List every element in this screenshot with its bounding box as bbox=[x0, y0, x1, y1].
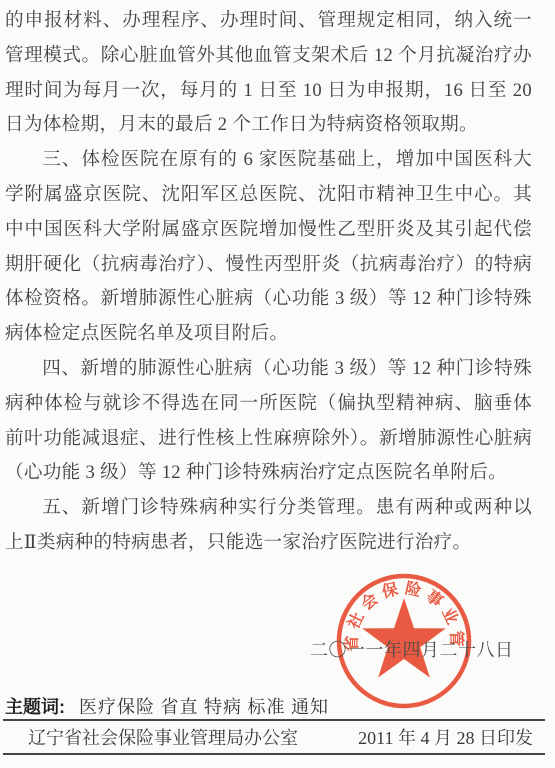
subject-keywords: 医疗保险 省直 特病 标准 通知 bbox=[79, 693, 329, 719]
issuer-row: 辽宁省社会保险事业管理局办公室 2011 年 4 月 28 日印发 bbox=[3, 721, 545, 755]
document-body: 的申报材料、办理程序、办理时间、管理规定相同，纳入统一管理模式。除心脏血管外其他… bbox=[5, 4, 532, 561]
paragraph-item-3: 三、体检医院在原有的 6 家医院基础上，增加中国医科大学附属盛京医院、沈阳军区总… bbox=[5, 143, 532, 352]
paragraph-continuation: 的申报材料、办理程序、办理时间、管理规定相同，纳入统一管理模式。除心脏血管外其他… bbox=[5, 4, 532, 143]
subject-label: 主题词: bbox=[5, 693, 65, 719]
issue-date: 二〇一一年四月二十八日 bbox=[310, 636, 514, 662]
document-page: 的申报材料、办理程序、办理时间、管理规定相同，纳入统一管理模式。除心脏血管外其他… bbox=[0, 0, 555, 768]
issuer-office: 辽宁省社会保险事业管理局办公室 bbox=[28, 724, 298, 750]
paragraph-item-5: 五、新增门诊特殊病种实行分类管理。患有两种或两种以上Ⅱ类病种的特病患者，只能选一… bbox=[5, 491, 532, 561]
print-date: 2011 年 4 月 28 日印发 bbox=[358, 724, 533, 750]
paragraph-item-4: 四、新增的肺源性心脏病（心功能 3 级）等 12 种门诊特殊病种体检与就诊不得选… bbox=[5, 352, 532, 491]
